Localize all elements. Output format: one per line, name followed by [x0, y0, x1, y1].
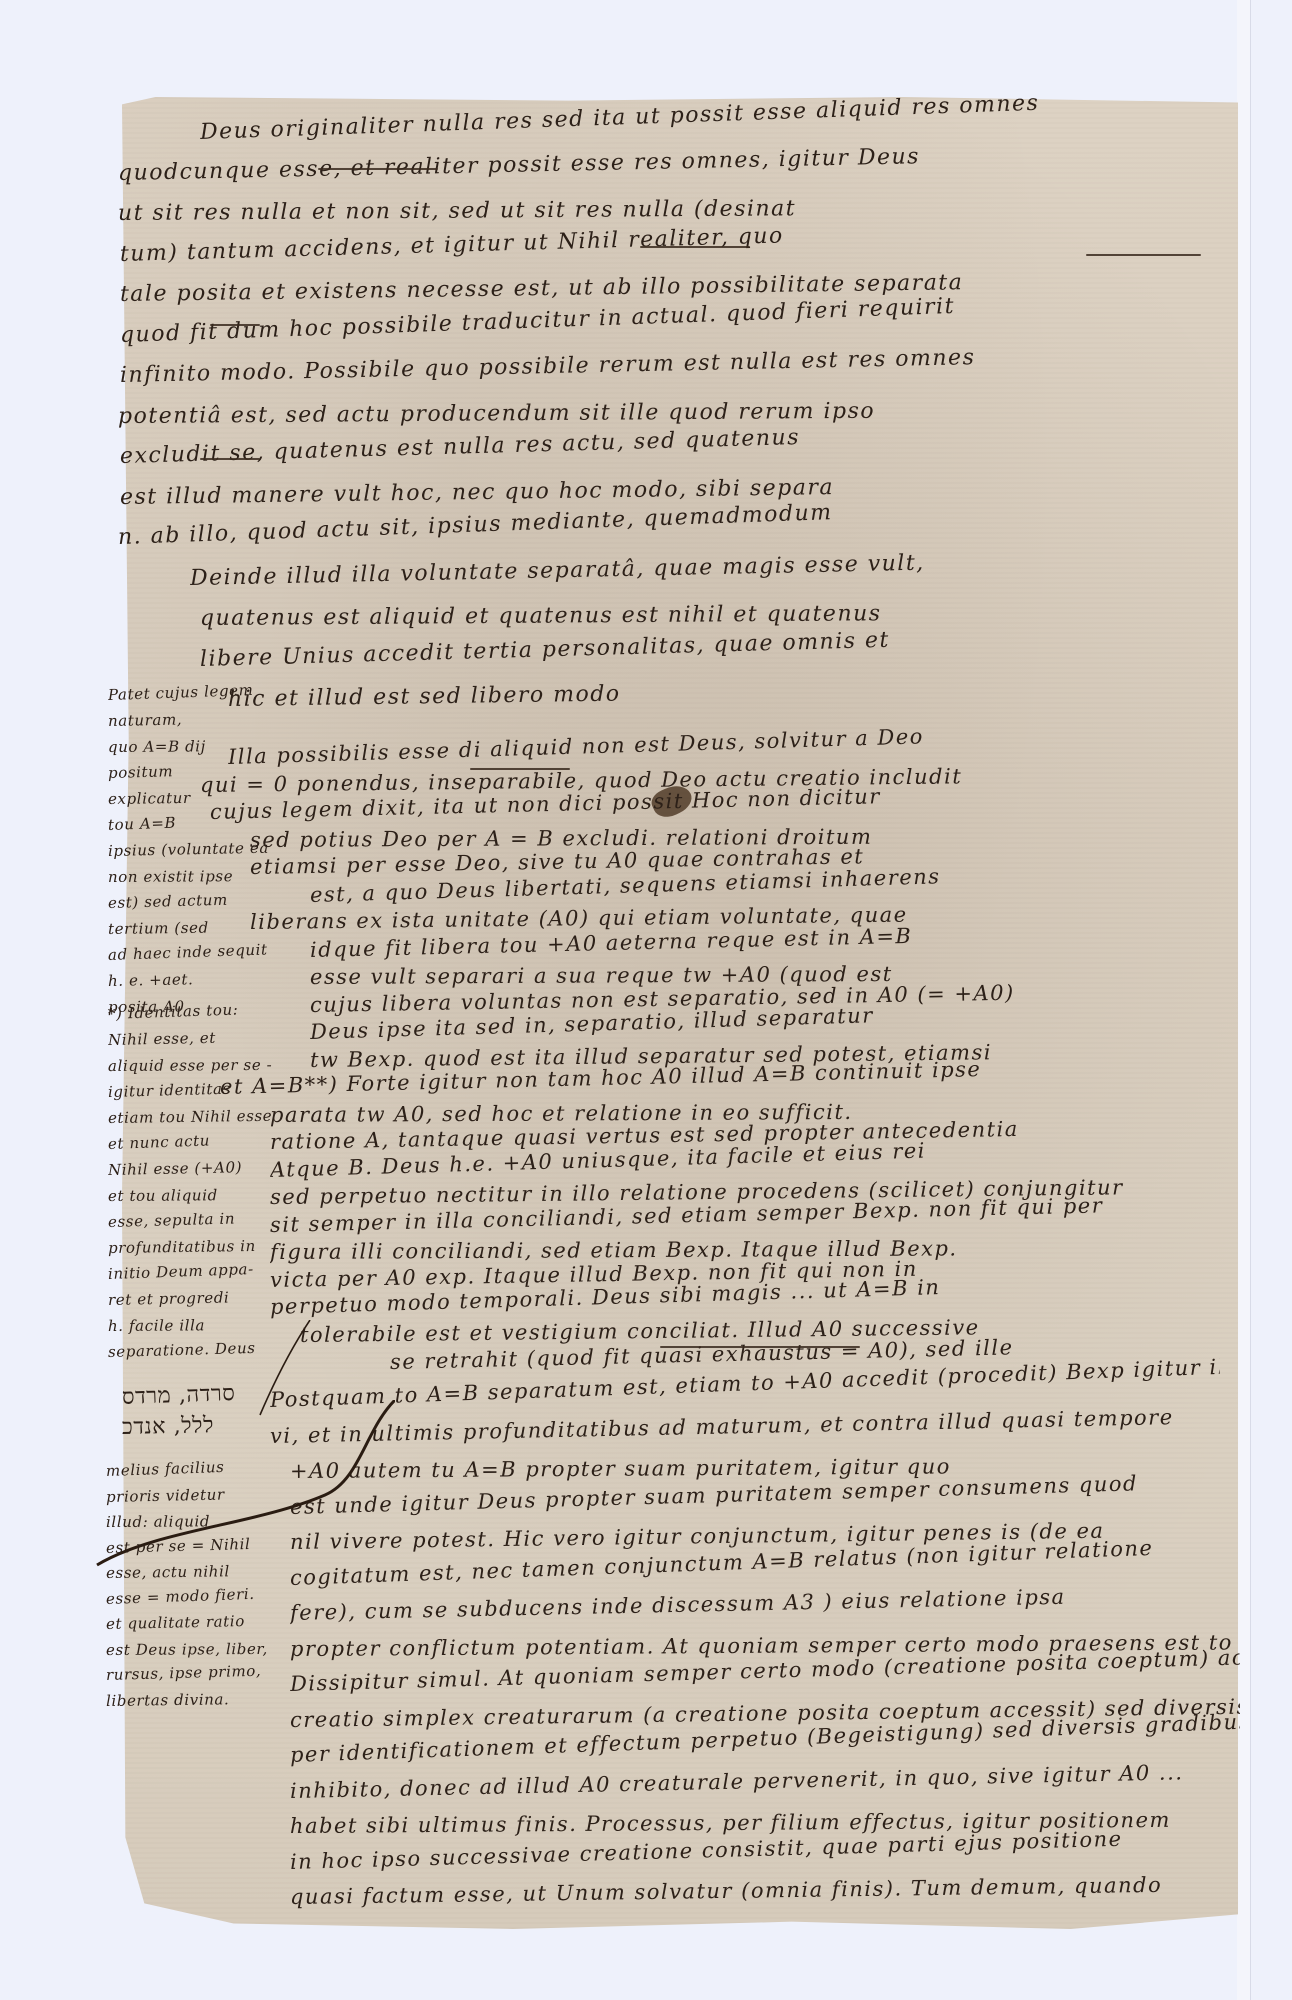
margin-note-line: naturam,	[108, 709, 268, 730]
margin-note-line: etiam tou Nihil esse	[108, 1107, 273, 1127]
ink-underline	[640, 246, 750, 248]
margin-note-line: non existit ipse	[108, 867, 268, 886]
ink-underline	[660, 1346, 860, 1348]
scanner-edge-line	[1250, 0, 1251, 2000]
margin-note-line: quo A=B dij	[108, 737, 268, 756]
margin-note-line: aliquid esse per se -	[108, 1056, 273, 1075]
margin-note-line: Nihil esse (+A0)	[108, 1158, 273, 1179]
ink-underline	[318, 168, 438, 170]
margin-note-line: explicatur	[108, 788, 268, 808]
margin-note-line: et qualitate ratio	[106, 1611, 276, 1633]
ink-underline	[1086, 254, 1201, 256]
margin-note-line: profunditatibus in	[108, 1237, 273, 1257]
margin-note-line: libertas divina.	[106, 1689, 276, 1709]
ink-underline	[210, 324, 260, 326]
margin-note-line: h. e. +aet.	[108, 969, 268, 990]
margin-note-line: ipsius (voluntate eam)	[108, 839, 268, 860]
margin-note-line: est Deus ipse, liber,	[106, 1639, 276, 1658]
ink-underline	[470, 768, 570, 770]
margin-note-line: ret et progredi	[108, 1288, 273, 1309]
margin-divider-stroke	[95, 1400, 395, 1570]
ink-underline	[200, 458, 260, 460]
margin-note-line: h. facile illa	[108, 1316, 273, 1335]
margin-note-line: Nihil esse, et	[108, 1028, 273, 1049]
margin-bracket-stroke	[250, 1320, 330, 1420]
margin-note-line: et tou aliquid	[108, 1186, 273, 1205]
margin-note-line: tertium (sed	[108, 918, 268, 938]
